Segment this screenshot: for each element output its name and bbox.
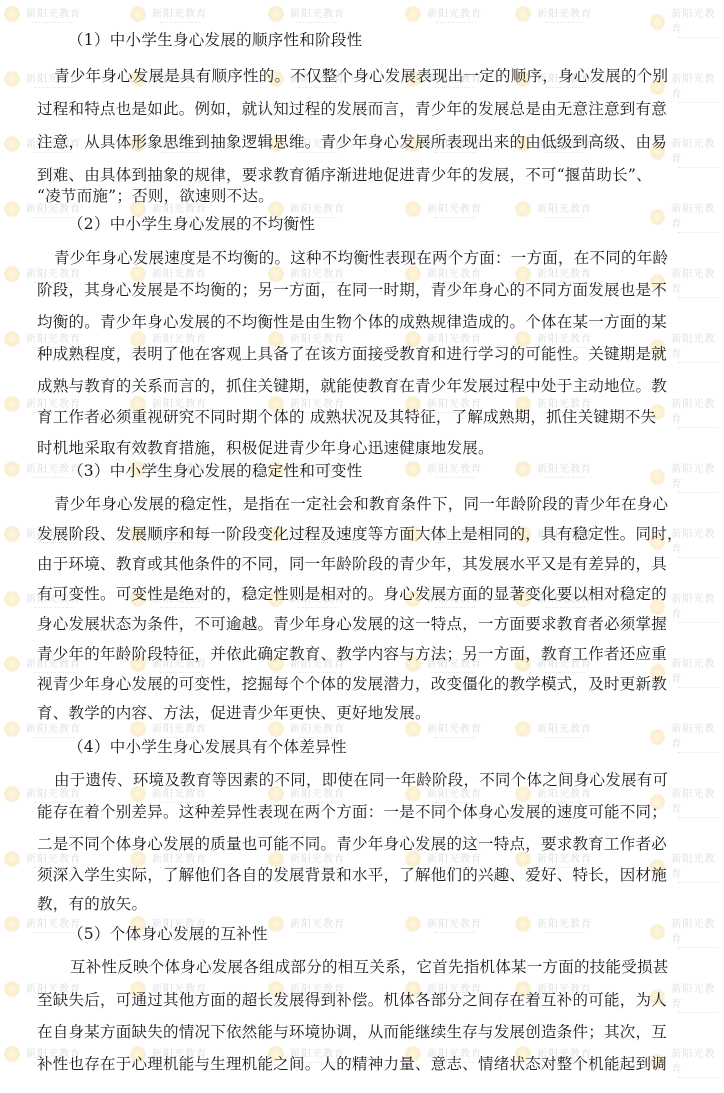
paragraph-line: 身心发展状态为条件，不可逾越。青少年身心发展的这一特点，一方面要求教育者必须掌握 [37,612,677,634]
sun-logo-icon [515,461,531,477]
watermark-logo: 新阳光教育 [130,5,207,23]
paragraph-line: 教，有的放矢。 [37,892,677,914]
paragraph-line: “凌节而施”；否则，欲速则不达。 [37,184,677,206]
sun-logo-icon [405,461,421,477]
sun-logo-icon [515,721,531,737]
paragraph-line: 育工作者必须重视研究不同时期个体的 成熟状况及其特征，了解成熟期，抓住关键期不失 [37,405,677,427]
paragraph-line: 由于遗传、环境及教育等因素的不同，即使在同一年龄阶段，不同个体之间身心发展有可 [54,768,694,790]
paragraph-line: 能存在着个别差异。这种差异性表现在两个方面：一是不同个体身心发展的速度可能不同； [37,800,677,822]
paragraph-line: 须深入学生实际，了解他们各自的发展背景和水平，了解他们的兴趣、爱好、特长，因材施 [37,863,677,885]
sun-logo-icon [4,916,20,932]
watermark-logo: 新阳光教育 [405,460,482,478]
sun-logo-icon [268,6,284,22]
watermark-logo: 新阳光教育 [268,5,345,23]
watermark-logo: 新阳光教育 [650,460,724,493]
paragraph-line: 发展阶段、发展顺序和每一阶段变化过程及速度等方面大体上是相同的，具有稳定性。同时… [37,522,677,544]
sun-logo-icon [4,136,20,152]
watermark-logo: 新阳光教育 [515,460,592,478]
sun-logo-icon [405,6,421,22]
sun-logo-icon [515,6,531,22]
watermark-logo: 新阳光教育 [405,5,482,23]
paragraph-line: 成熟与教育的关系而言的，抓住关键期，就能使教育在青少年发展过程中处于主动地位。教 [37,374,677,396]
sun-logo-icon [650,14,665,30]
sun-logo-icon [650,924,665,940]
paragraph-line: 青少年身心发展的稳定性，是指在一定社会和教育条件下，同一年龄阶段的青少年在身心 [54,492,694,514]
sun-logo-icon [4,1046,20,1062]
sun-logo-icon [650,469,665,485]
sun-logo-icon [268,916,284,932]
sun-logo-icon [650,209,665,225]
paragraph-line: 视青少年身心发展的可变性，挖掘每个个体的发展潜力，改变僵化的教学模式，及时更新教 [37,672,677,694]
sun-logo-icon [4,721,20,737]
paragraph-line: 补性也存在于心理机能与生理机能之间。人的精神力量、意志、情绪状态对整个机能起到调 [37,1052,677,1074]
paragraph-line: 种成熟程度，表明了他在客观上具备了在该方面接受教育和进行学习的可能性。关键期是就 [37,342,677,364]
sun-logo-icon [405,721,421,737]
paragraph-line: 均衡的。青少年身心发展的不均衡性是由生物个体的成熟规律造成的。个体在某一方面的某 [37,310,677,332]
paragraph-line: 阶段，其身心发展是不均衡的；另一方面，在同一时期，青少年身心的不同方面发展也是不 [37,278,677,300]
paragraph-line: 至缺失后，可通过其他方面的超长发展得到补偿。机体各部分之间存在着互补的可能，为人 [37,988,677,1010]
watermark-logo: 新阳光教育 [515,5,592,23]
sun-logo-icon [4,981,20,997]
paragraph-line: 二是不同个体身心发展的质量也可能不同。青少年身心发展的这一特点，要求教育工作者必 [37,832,677,854]
section-heading-3: （3）中小学生身心发展的稳定性和可变性 [68,459,363,481]
paragraph-line: 育、教学的内容、方法，促进青少年更快、更好地发展。 [37,701,677,723]
sun-logo-icon [4,396,20,412]
paragraph-line: 到难、由具体到抽象的规律，要求教育循序渐进地促进青少年的发展，不可“揠苗助长”、 [37,163,677,185]
sun-logo-icon [4,526,20,542]
sun-logo-icon [4,6,20,22]
paragraph-line: 青少年身心发展速度是不均衡的。这种不均衡性表现在两个方面：一方面，在不同的年龄 [54,246,694,268]
section-heading-5: （5）个体身心发展的互补性 [68,922,268,944]
paragraph-line: 时机地采取有效教育措施，积极促进青少年身心迅速健康地发展。 [37,436,677,458]
section-heading-2: （2）中小学生身心发展的不均衡性 [68,212,315,234]
watermark-logo: 新阳光教育 [405,915,482,933]
sun-logo-icon [405,916,421,932]
paragraph-line: 过程和特点也是如此。例如，就认知过程的发展而言，青少年的发展总是由无意注意到有意 [37,97,677,119]
sun-logo-icon [650,729,665,745]
sun-logo-icon [130,6,146,22]
paragraph-line: 有可变性。可变性是绝对的，稳定性则是相对的。身心发展方面的显著变化要以相对稳定的 [37,582,677,604]
paragraph-line: 由于环境、教育或其他条件的不同，同一年龄阶段的青少年，其发展水平又是有差异的，具 [37,552,677,574]
sun-logo-icon [4,461,20,477]
paragraph-line: 在自身某方面缺失的情况下依然能与环境协调，从而能继续生存与发展创造条件；其次，互 [37,1020,677,1042]
sun-logo-icon [4,331,20,347]
watermark-logo: 新阳光教育 [650,915,724,948]
watermark-logo: 新阳光教育 [515,915,592,933]
sun-logo-icon [515,916,531,932]
watermark-logo: 新阳光教育 [268,915,345,933]
sun-logo-icon [4,201,20,217]
sun-logo-icon [4,786,20,802]
sun-logo-icon [4,591,20,607]
sun-logo-icon [4,656,20,672]
section-heading-4: （4）中小学生身心发展具有个体差异性 [68,735,347,757]
sun-logo-icon [4,851,20,867]
sun-logo-icon [4,266,20,282]
section-heading-1: （1）中小学生身心发展的顺序性和阶段性 [68,28,363,50]
paragraph-line: 青少年的年龄阶段特征，并依此确定教育、教学内容与方法；另一方面，教育工作者还应重 [37,642,677,664]
watermark-logo: 新阳光教育 [650,720,724,753]
watermark-logo: 新阳光教育 [650,5,724,38]
sun-logo-icon [4,71,20,87]
watermark-logo: 新阳光教育 [4,5,81,23]
paragraph-line: 互补性反映个体身心发展各组成部分的相互关系，它首先指机体某一方面的技能受损甚 [70,955,710,977]
paragraph-line: 注意，从具体形象思维到抽象逻辑思维。青少年身心发展所表现出来的由低级到高级、由易 [37,130,677,152]
paragraph-line: 青少年身心发展是具有顺序性的。不仅整个身心发展表现出一定的顺序，身心发展的个别 [54,64,694,86]
